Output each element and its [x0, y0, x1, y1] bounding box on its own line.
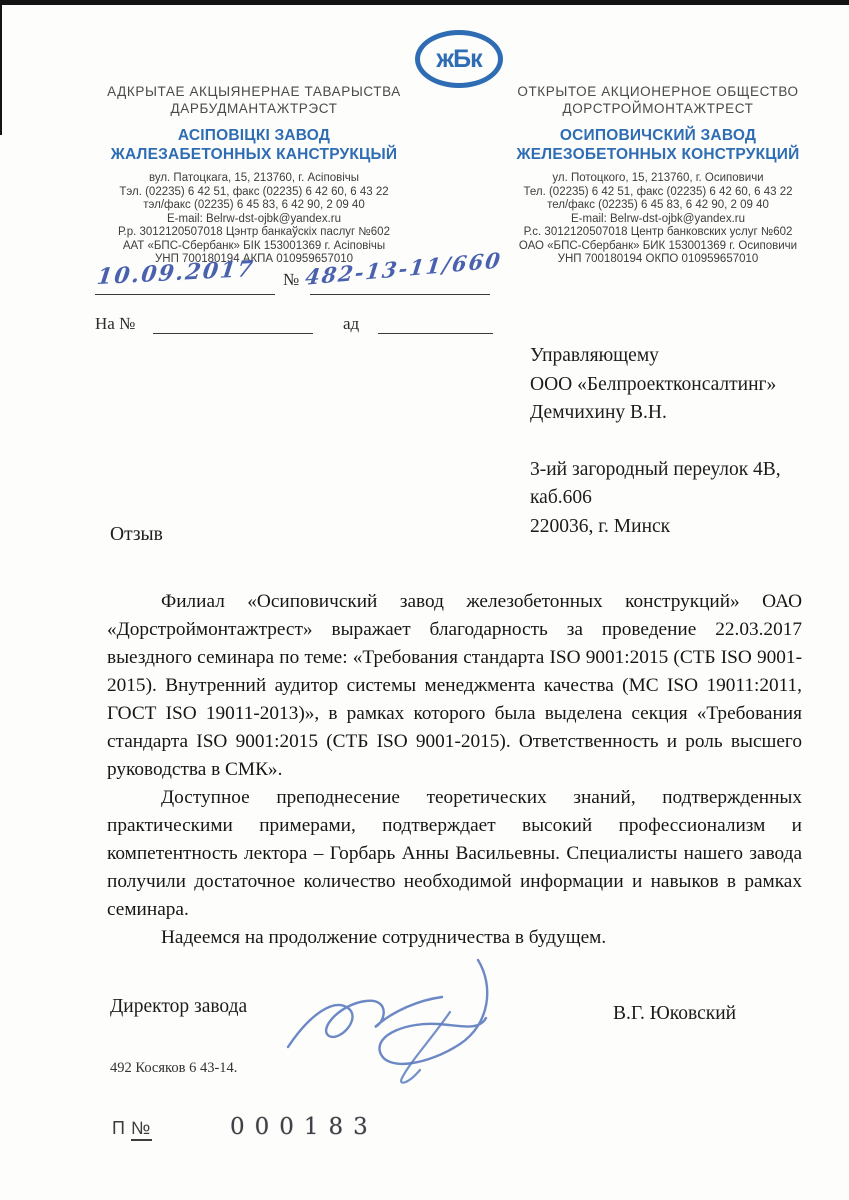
- number-sign-label: №: [283, 270, 299, 290]
- org-name-line1: ОСИПОВИЧСКИЙ ЗАВОД: [482, 126, 834, 145]
- address-line: ул. Потоцкого, 15, 213760, г. Осиповичи: [482, 172, 834, 186]
- org-name-block: ОСИПОВИЧСКИЙ ЗАВОД ЖЕЛЕЗОБЕТОННЫХ КОНСТР…: [482, 126, 834, 164]
- org-name-line2: ЖАЛЕЗАБЕТОННЫХ КАНСТРУКЦЫЙ: [78, 145, 430, 164]
- letterhead-russian: ОТКРЫТОЕ АКЦИОНЕРНОЕ ОБЩЕСТВО ДОРСТРОЙМО…: [482, 83, 834, 267]
- address-line: Тел. (02235) 6 42 51, факс (02235) 6 42 …: [482, 186, 834, 200]
- scanned-letter-page: жБк АДКРЫТАЕ АКЦЫЯНЕРНАЕ ТАВАРЫСТВА ДАРБ…: [0, 0, 849, 1200]
- recipient-street: 3-ий загородный переулок 4В,: [530, 456, 781, 485]
- org-name-line1: АСІПОВІЦКІ ЗАВОД: [78, 126, 430, 145]
- scan-artifact-top-edge: [0, 0, 849, 5]
- recipient-role: Управляющему: [530, 342, 781, 371]
- address-line: УНП 700180194 ОКПО 010959657010: [482, 253, 834, 267]
- signature-scribble-icon: [282, 952, 532, 1087]
- address-line: E-mail: Belrw-dst-ojbk@yandex.ru: [482, 213, 834, 227]
- address-line: ОАО «БПС-Сбербанк» БИК 153001369 г. Осип…: [482, 240, 834, 254]
- address-line: тэл/факс (02235) 6 45 83, 6 42 90, 2 09 …: [78, 199, 430, 213]
- address-line: Р.с. 3012120507018 Центр банковских услу…: [482, 226, 834, 240]
- address-line: E-mail: Belrw-dst-ojbk@yandex.ru: [78, 213, 430, 227]
- recipient-gap: [530, 428, 781, 456]
- company-logo-icon: жБк: [415, 30, 503, 88]
- signer-name: В.Г. Юковский: [613, 1003, 736, 1025]
- stamp-label-number-sign: №: [131, 1118, 152, 1141]
- date-underline: [95, 294, 275, 295]
- org-name-line2: ЖЕЛЕЗОБЕТОННЫХ КОНСТРУКЦИЙ: [482, 145, 834, 164]
- ad-label: ад: [343, 314, 359, 334]
- stamp-label-p: П: [112, 1118, 127, 1138]
- reference-block: 10.09.2017 № 482-13-11/660 На № ад: [95, 258, 495, 340]
- org-trust-line: ДАРБУДМАНТАЖТРЭСТ: [78, 100, 430, 117]
- recipient-city: 220036, г. Минск: [530, 513, 781, 542]
- body-paragraph: Доступное преподнесение теоретических зн…: [107, 784, 802, 924]
- executor-note: 492 Косяков 6 43-14.: [110, 1060, 237, 1077]
- letter-body: Филиал «Осиповичский завод железобетонны…: [107, 588, 802, 952]
- stamp-serial-number: 000183: [230, 1114, 378, 1140]
- signer-position-title: Директор завода: [110, 996, 247, 1018]
- org-trust-line: ДОРСТРОЙМОНТАЖТРЕСТ: [482, 100, 834, 117]
- recipient-block: Управляющему ООО «Белпроектконсалтинг» Д…: [530, 342, 781, 541]
- na-number-label: На №: [95, 314, 135, 334]
- address-line: ААТ «БПС-Сбербанк» БІК 153001369 г. Асіп…: [78, 240, 430, 254]
- org-name-block: АСІПОВІЦКІ ЗАВОД ЖАЛЕЗАБЕТОННЫХ КАНСТРУК…: [78, 126, 430, 164]
- org-type-line: ОТКРЫТОЕ АКЦИОНЕРНОЕ ОБЩЕСТВО: [482, 83, 834, 100]
- number-underline: [310, 294, 490, 295]
- registration-stamp: П № 000183: [112, 1118, 152, 1139]
- scan-artifact-left-edge: [0, 0, 2, 135]
- handwritten-date: 10.09.2017: [95, 256, 256, 290]
- na-number-underline: [153, 333, 313, 334]
- address-line: тел/факс (02235) 6 45 83, 6 42 90, 2 09 …: [482, 199, 834, 213]
- letterhead-belarusian: АДКРЫТАЕ АКЦЫЯНЕРНАЕ ТАВАРЫСТВА ДАРБУДМА…: [78, 83, 430, 267]
- ad-underline: [378, 333, 493, 334]
- body-paragraph: Филиал «Осиповичский завод железобетонны…: [107, 588, 802, 784]
- address-line: вул. Патоцкага, 15, 213760, г. Асіповічы: [78, 172, 430, 186]
- logo-text: жБк: [436, 46, 481, 72]
- letter-subject: Отзыв: [110, 524, 163, 546]
- org-type-line: АДКРЫТАЕ АКЦЫЯНЕРНАЕ ТАВАРЫСТВА: [78, 83, 430, 100]
- recipient-office: каб.606: [530, 484, 781, 513]
- address-line: Р.р. 3012120507018 Цэнтр банкаўскіх пасл…: [78, 226, 430, 240]
- recipient-person: Демчихину В.Н.: [530, 399, 781, 428]
- body-paragraph: Надеемся на продолжение сотрудничества в…: [107, 924, 802, 952]
- address-line: Тэл. (02235) 6 42 51, факс (02235) 6 42 …: [78, 186, 430, 200]
- incoming-ref-row: На № ад: [95, 314, 495, 340]
- recipient-company: ООО «Белпроектконсалтинг»: [530, 371, 781, 400]
- outgoing-ref-row: 10.09.2017 № 482-13-11/660: [95, 258, 495, 302]
